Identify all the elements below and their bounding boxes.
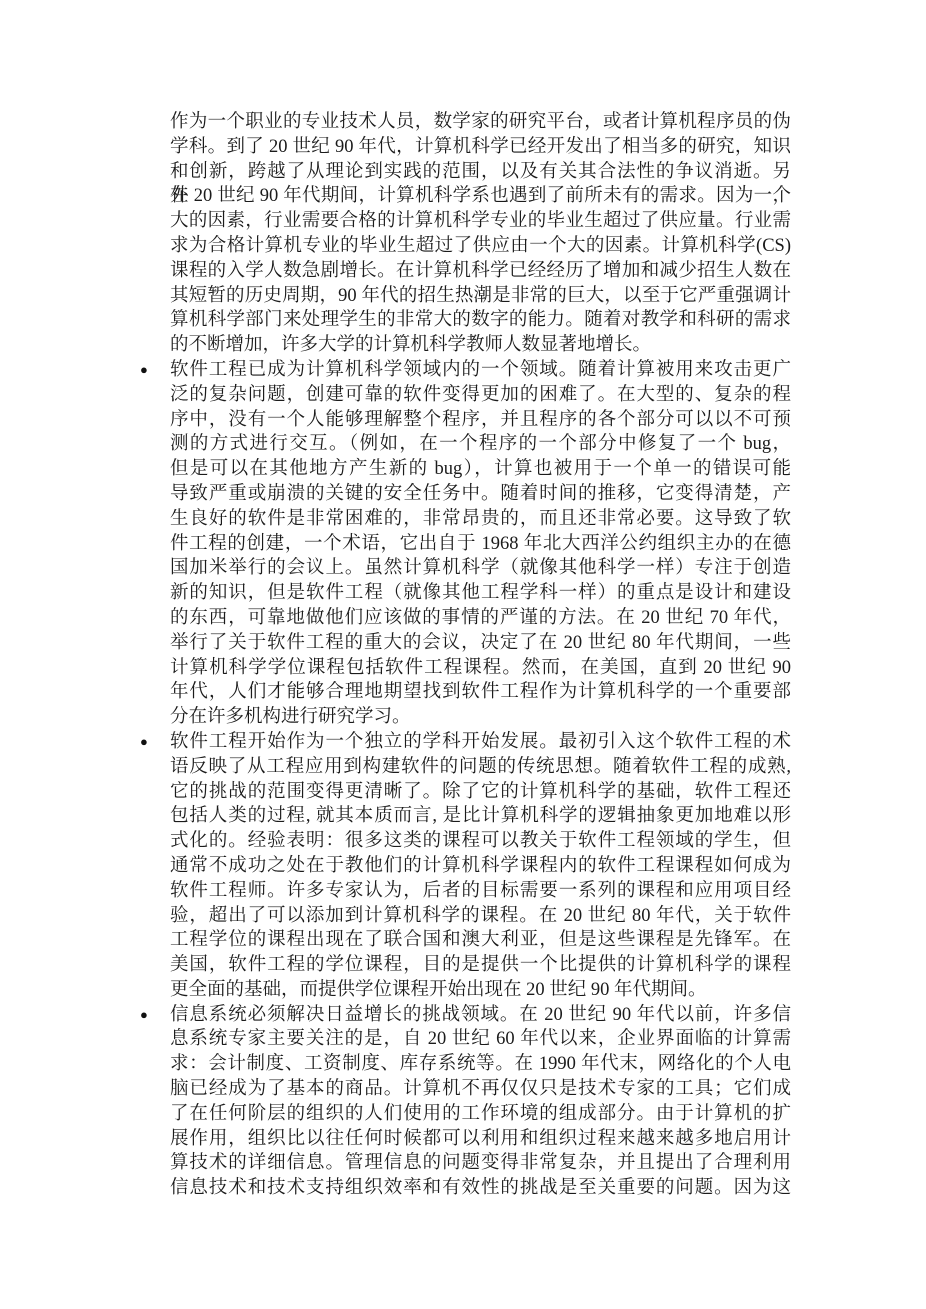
text-line: 包括人类的过程, 就其本质而言, 是比计算机科学的逻辑抽象更加地难以形 xyxy=(170,804,791,829)
text-line: 在 20 世纪 90 年代期间，计算机科学系也遇到了前所未有的需求。因为一个 xyxy=(170,184,791,209)
bullet-item: ●软件工程已成为计算机科学领域内的一个领域。随着计算被用来攻击更广泛的复杂问题，… xyxy=(170,358,791,730)
text-line: 序中，没有一个人能够理解整个程序，并且程序的各个部分可以以不可预 xyxy=(170,408,791,433)
bullet-item: ●软件工程开始作为一个独立的学科开始发展。最初引入这个软件工程的术语反映了从工程… xyxy=(170,730,791,1003)
text-line: 大的因素，行业需要合格的计算机科学专业的毕业生超过了供应量。行业需 xyxy=(170,209,791,234)
text-line: 的不断增加，许多大学的计算机科学教师人数显著地增长。 xyxy=(170,333,791,358)
bullet-text: 软件工程开始作为一个独立的学科开始发展。最初引入这个软件工程的术语反映了从工程应… xyxy=(170,730,791,1003)
text-line: 学科。到了 20 世纪 90 年代，计算机科学已经开发出了相当多的研究，知识 xyxy=(170,135,791,160)
text-line: 软件工程已成为计算机科学领域内的一个领域。随着计算被用来攻击更广 xyxy=(170,358,791,383)
text-line: 其短暂的历史周期，90 年代的招生热潮是非常的巨大，以至于它严重强调计 xyxy=(170,284,791,309)
text-line: 算技术的详细信息。管理信息的问题变得非常复杂，并且提出了合理利用 xyxy=(170,1151,791,1176)
text-line: 求：会计制度、工资制度、库存系统等。在 1990 年代末，网络化的个人电 xyxy=(170,1052,791,1077)
text-line: 作为一个职业的专业技术人员，数学家的研究平台，或者计算机程序员的伪 xyxy=(170,110,791,135)
text-line: 算机科学部门来处理学生的非常大的数字的能力。随着对教学和科研的需求 xyxy=(170,308,791,333)
text-line: 通常不成功之处在于教他们的计算机科学课程内的软件工程课程如何成为 xyxy=(170,854,791,879)
text-line: 了在任何阶层的组织的人们使用的工作环境的组成部分。由于计算机的扩 xyxy=(170,1102,791,1127)
text-line: 求为合格计算机专业的毕业生超过了供应由一个大的因素。计算机科学(CS) xyxy=(170,234,791,259)
intro-paragraph: 作为一个职业的专业技术人员，数学家的研究平台，或者计算机程序员的伪学科。到了 2… xyxy=(170,110,791,358)
bullet-text: 软件工程已成为计算机科学领域内的一个领域。随着计算被用来攻击更广泛的复杂问题，创… xyxy=(170,358,791,730)
text-line: 但是可以在其他地方产生新的 bug），计算也被用于一个单一的错误可能 xyxy=(170,457,791,482)
text-line: 展作用，组织比以往任何时候都可以利用和组织过程来越来越多地启用计 xyxy=(170,1127,791,1152)
text-line: 课程的入学人数急剧增长。在计算机科学已经经历了增加和减少招生人数在 xyxy=(170,259,791,284)
text-line: 件工程的创建，一个术语，它出自于 1968 年北大西洋公约组织主办的在德 xyxy=(170,532,791,557)
bullet-marker-icon: ● xyxy=(140,1003,148,1028)
text-line: 导致严重或崩溃的关键的安全任务中。随着时间的推移，它变得清楚，产 xyxy=(170,482,791,507)
bullet-text: 信息系统必须解决日益增长的挑战领域。在 20 世纪 90 年代以前，许多信息系统… xyxy=(170,1003,791,1201)
bullet-item: ●信息系统必须解决日益增长的挑战领域。在 20 世纪 90 年代以前，许多信息系… xyxy=(170,1003,791,1201)
text-line: 的东西，可靠地做他们应该做的事情的严谨的方法。在 20 世纪 70 年代， xyxy=(170,606,791,631)
text-line: 式化的。经验表明：很多这类的课程可以教关于软件工程领域的学生，但 xyxy=(170,829,791,854)
text-line: 脑已经成为了基本的商品。计算机不再仅仅只是技术专家的工具；它们成 xyxy=(170,1077,791,1102)
bullet-list: ●软件工程已成为计算机科学领域内的一个领域。随着计算被用来攻击更广泛的复杂问题，… xyxy=(170,358,791,1201)
text-line: 息系统专家主要关注的是，自 20 世纪 60 年代以来，企业界面临的计算需 xyxy=(170,1027,791,1052)
text-line: 验，超出了可以添加到计算机科学的课程。在 20 世纪 80 年代，关于软件 xyxy=(170,904,791,929)
text-line: 工程学位的课程出现在了联合国和澳大利亚，但是这些课程是先锋军。在 xyxy=(170,928,791,953)
text-line: 泛的复杂问题，创建可靠的软件变得更加的困难了。在大型的、复杂的程 xyxy=(170,383,791,408)
text-line: 信息技术和技术支持组织效率和有效性的挑战是至关重要的问题。因为这 xyxy=(170,1176,791,1201)
text-line: 分在许多机构进行研究学习。 xyxy=(170,705,791,730)
text-line: 美国，软件工程的学位课程，目的是提供一个比提供的计算机科学的课程 xyxy=(170,953,791,978)
text-line: 新的知识，但是软件工程（就像其他工程学科一样）的重点是设计和建设 xyxy=(170,581,791,606)
text-line: 计算机科学学位课程包括软件工程课程。然而，在美国，直到 20 世纪 90 xyxy=(170,656,791,681)
bullet-marker-icon: ● xyxy=(140,358,148,383)
text-line: 和创新，跨越了从理论到实践的范围，以及有关其合法性的争议消逝。另外， xyxy=(170,160,791,185)
document-page: 作为一个职业的专业技术人员，数学家的研究平台，或者计算机程序员的伪学科。到了 2… xyxy=(0,0,926,1309)
text-line: 国加米举行的会议上。虽然计算机科学（就像其他科学一样）专注于创造 xyxy=(170,556,791,581)
text-line: 更全面的基础，而提供学位课程开始出现在 20 世纪 90 年代期间。 xyxy=(170,978,791,1003)
text-line: 软件工程师。许多专家认为，后者的目标需要一系列的课程和应用项目经 xyxy=(170,879,791,904)
text-line: 生良好的软件是非常困难的，非常昂贵的，而且还非常必要。这导致了软 xyxy=(170,507,791,532)
text-line: 年代，人们才能够合理地期望找到软件工程作为计算机科学的一个重要部 xyxy=(170,680,791,705)
text-line: 举行了关于软件工程的重大的会议，决定了在 20 世纪 80 年代期间，一些 xyxy=(170,631,791,656)
bullet-marker-icon: ● xyxy=(140,730,148,755)
text-line: 语反映了从工程应用到构建软件的问题的传统思想。随着软件工程的成熟, xyxy=(170,755,791,780)
text-block: 作为一个职业的专业技术人员，数学家的研究平台，或者计算机程序员的伪学科。到了 2… xyxy=(170,110,791,1201)
text-line: 它的挑战的范围变得更清晰了。除了它的计算机科学的基础，软件工程还 xyxy=(170,780,791,805)
text-line: 软件工程开始作为一个独立的学科开始发展。最初引入这个软件工程的术 xyxy=(170,730,791,755)
text-line: 测的方式进行交互。（例如，在一个程序的一个部分中修复了一个 bug， xyxy=(170,432,791,457)
text-line: 信息系统必须解决日益增长的挑战领域。在 20 世纪 90 年代以前，许多信 xyxy=(170,1003,791,1028)
